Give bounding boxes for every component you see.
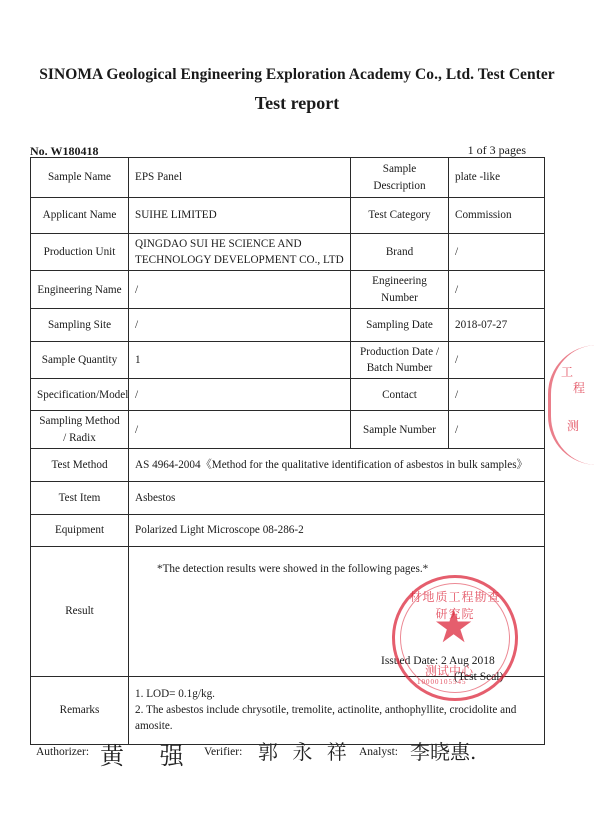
field-label: Sampling Date [351,308,449,341]
remark-line-2: 2. The asbestos include chrysotile, trem… [135,702,538,734]
field-value: / [449,411,545,448]
field-value: / [129,308,351,341]
field-value: 1 [129,341,351,378]
test-method-value: AS 4964-2004《Method for the qualitative … [129,448,545,481]
field-value: / [449,379,545,411]
result-label: Result [31,546,129,676]
table-row: Specification/Model / Contact / [31,379,545,411]
report-title: Test report [0,93,594,114]
edge-seal-char: 程 [573,379,585,396]
field-value: / [449,234,545,271]
verifier-label: Verifier: [204,746,242,758]
field-value: QINGDAO SUI HE SCIENCE AND TECHNOLOGY DE… [129,234,351,271]
field-value: / [129,271,351,308]
table-row: Test Item Asbestos [31,481,545,514]
remarks-content: 1. LOD= 0.1g/kg. 2. The asbestos include… [129,676,545,744]
field-value: / [129,379,351,411]
field-value: / [449,271,545,308]
table-row: Result *The detection results were showe… [31,546,545,676]
issued-date: Issued Date: 2 Aug 2018 [381,653,495,670]
table-row: Applicant Name SUIHE LIMITED Test Catego… [31,198,545,234]
field-label: Contact [351,379,449,411]
field-label: Engineering Number [351,271,449,308]
field-label: Production Date / Batch Number [351,341,449,378]
field-value: SUIHE LIMITED [129,198,351,234]
field-label: Brand [351,234,449,271]
field-label: Applicant Name [31,198,129,234]
authorizer-signature: 黄 强 [100,736,198,771]
field-label: Test Category [351,198,449,234]
analyst-label: Analyst: [359,746,398,758]
field-label: Sampling Site [31,308,129,341]
remark-line-1: 1. LOD= 0.1g/kg. [135,686,538,702]
field-label: Production Unit [31,234,129,271]
field-value: / [129,411,351,448]
test-item-value: Asbestos [129,481,545,514]
table-row: Sampling Method / Radix / Sample Number … [31,411,545,448]
field-label: Test Method [31,448,129,481]
signature-row: Authorizer: 黄 强 Verifier: 郭 永 祥 Analyst:… [36,736,556,776]
field-value: / [449,341,545,378]
table-row: Engineering Name / Engineering Number / [31,271,545,308]
analyst-signature: 李晓惠. [410,736,476,765]
remarks-label: Remarks [31,676,129,744]
authorizer-label: Authorizer: [36,746,89,758]
field-label: Engineering Name [31,271,129,308]
table-row: Sample Quantity 1 Production Date / Batc… [31,341,545,378]
field-value: Commission [449,198,545,234]
field-label: Sample Quantity [31,341,129,378]
table-row: Equipment Polarized Light Microscope 08-… [31,514,545,546]
seal-label: (Test Seal) [454,669,503,686]
organization-title: SINOMA Geological Engineering Exploratio… [0,66,594,84]
field-label: Sample Name [31,158,129,198]
table-row: Remarks 1. LOD= 0.1g/kg. 2. The asbestos… [31,676,545,744]
table-row: Production Unit QINGDAO SUI HE SCIENCE A… [31,234,545,271]
edge-seal: 工 程 测 [548,345,594,465]
field-value: 2018-07-27 [449,308,545,341]
table-row: Sampling Site / Sampling Date 2018-07-27 [31,308,545,341]
edge-seal-char: 工 [561,363,573,380]
field-label: Equipment [31,514,129,546]
table-row: Test Method AS 4964-2004《Method for the … [31,448,545,481]
equipment-value: Polarized Light Microscope 08-286-2 [129,514,545,546]
field-label: Specification/Model [31,379,129,411]
verifier-signature: 郭 永 祥 [258,736,351,765]
table-row: Sample Name EPS Panel Sample Description… [31,158,545,198]
field-label: Sample Number [351,411,449,448]
field-value: EPS Panel [129,158,351,198]
result-content: *The detection results were showed in th… [129,546,545,676]
field-label: Sample Description [351,158,449,198]
result-note: *The detection results were showed in th… [157,561,428,577]
edge-seal-char: 测 [567,417,579,434]
field-value: plate -like [449,158,545,198]
report-table: Sample Name EPS Panel Sample Description… [30,157,545,745]
page-indicator: 1 of 3 pages [468,143,526,158]
field-label: Test Item [31,481,129,514]
field-label: Sampling Method / Radix [31,411,129,448]
